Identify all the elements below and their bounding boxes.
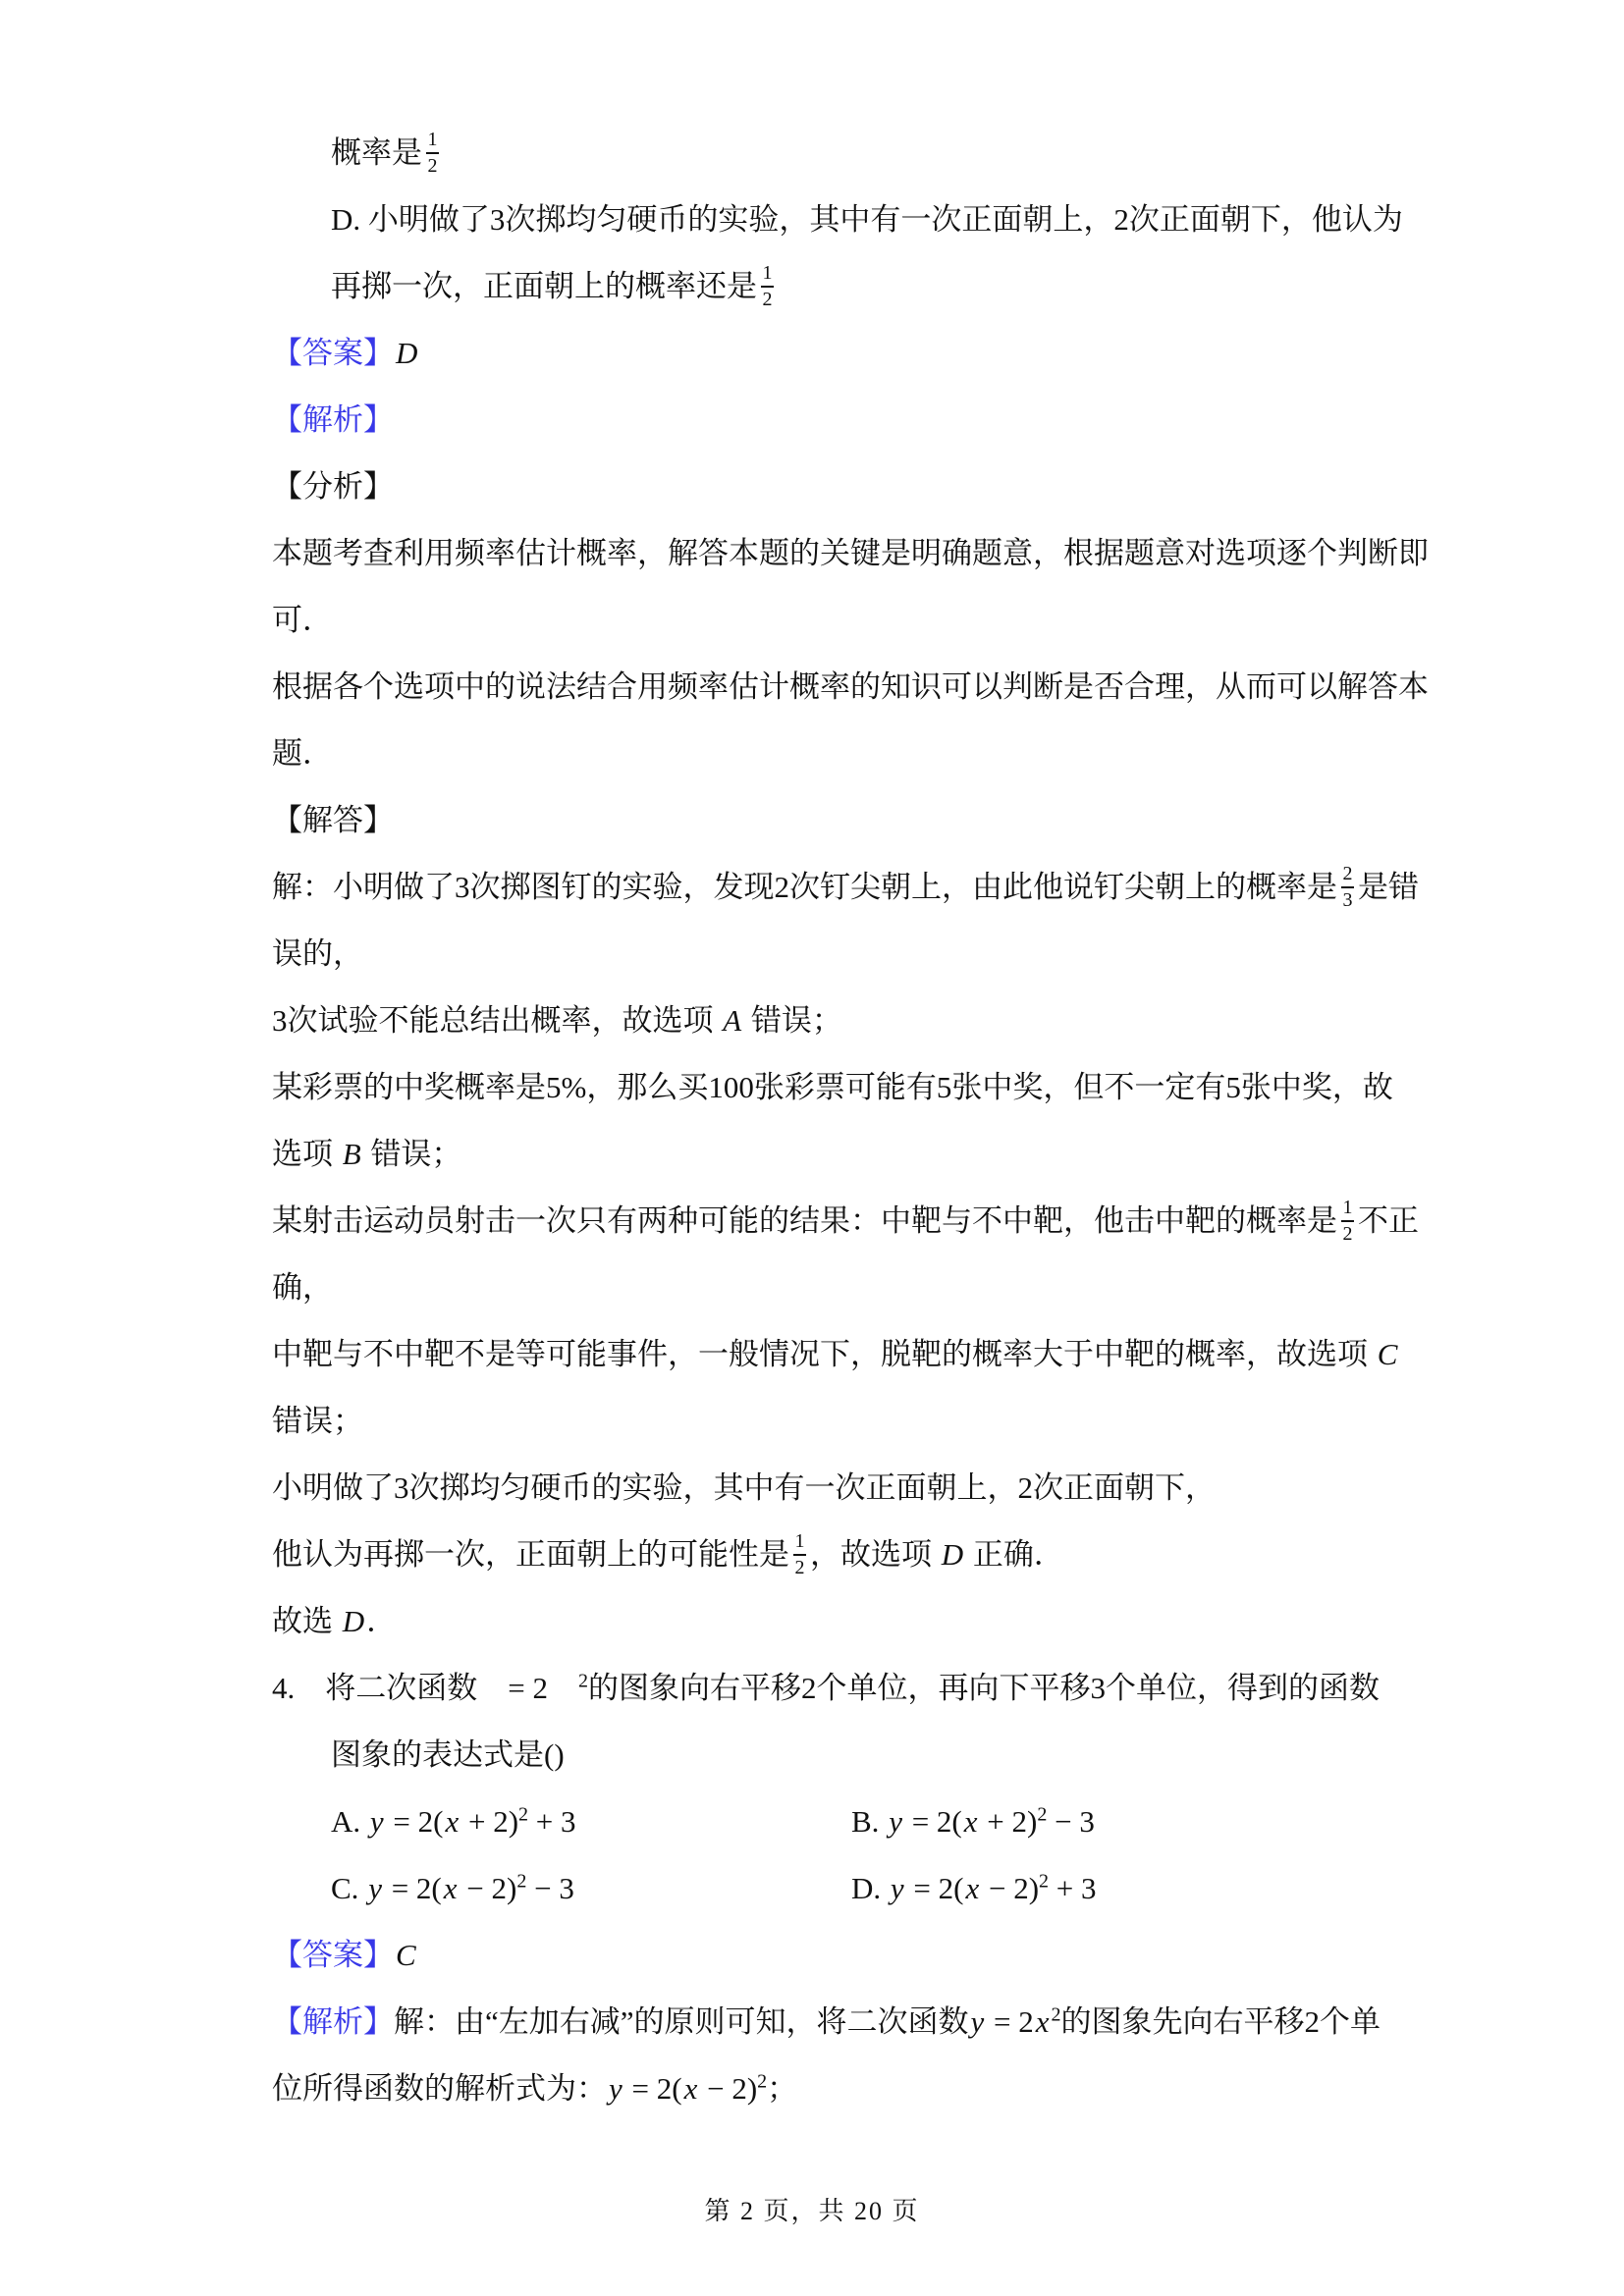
text-run: = 2(	[386, 1804, 444, 1839]
math-letter: D	[394, 336, 419, 370]
analysis-line-2: 可．	[0, 587, 1624, 654]
text-run: 某射击运动员射击一次只有两种可能的结果：中靶与不中靶，他击中靶的概率是	[272, 1203, 1337, 1238]
fraction-bar	[1341, 886, 1354, 888]
fraction-numerator: 1	[763, 263, 773, 284]
bracket-label: 【分析】	[272, 469, 394, 504]
superscript: 2	[1052, 2004, 1061, 2026]
text-run: = 2(	[906, 1871, 964, 1905]
text-run: = 2	[986, 2004, 1033, 2039]
option-c-continuation: 概率是12	[0, 120, 1624, 187]
solution-line-1: 解：小明做了3次掷图钉的实验，发现2次钉尖朝上，由此他说钉尖朝上的概率是23是错	[0, 854, 1624, 921]
fraction-denominator: 2	[1343, 1224, 1353, 1245]
solution-conclusion: 故选 D．	[0, 1588, 1624, 1655]
bracket-label-blue: 【解析】	[272, 402, 394, 437]
option-left: A. y = 2(x + 2)2 + 3	[331, 1789, 851, 1855]
math-letter: x	[963, 1871, 981, 1905]
solution-line-5: 选项 B 错误；	[0, 1121, 1624, 1188]
bracket-label-blue: 【答案】	[272, 1938, 394, 1972]
fraction-bar	[793, 1554, 806, 1556]
fraction-numerator: 1	[428, 130, 438, 150]
options-row-ab: A. y = 2(x + 2)2 + 3B. y = 2(x + 2)2 − 3	[0, 1789, 1624, 1855]
text-run: 故选	[272, 1604, 341, 1638]
analysis-line-1: 本题考查利用频率估计概率，解答本题的关键是明确题意，根据题意对选项逐个判断即	[0, 520, 1624, 587]
superscript: 2	[1037, 1804, 1047, 1826]
fraction-numerator: 1	[795, 1531, 805, 1552]
fraction-bar	[761, 286, 774, 288]
text-run: 错误；	[272, 1404, 363, 1438]
bracket-label-blue: 【答案】	[272, 336, 394, 370]
fenxi-heading: 【分析】	[0, 454, 1624, 520]
option-d-line-1: D. 小明做了3次掷均匀硬币的实验，其中有一次正面朝上，2次正面朝下，他认为	[0, 187, 1624, 253]
solution-line-7: 确，	[0, 1255, 1624, 1321]
solution-line-3: 3次试验不能总结出概率，故选项 A 错误；	[0, 988, 1624, 1054]
options-row-cd: C. y = 2(x − 2)2 − 3D. y = 2(x − 2)2 + 3	[0, 1855, 1624, 1922]
text-run: 错误；	[743, 1003, 842, 1038]
text-run: = 2(	[904, 1804, 962, 1839]
analysis-line-4: 题．	[0, 721, 1624, 787]
text-run: − 3	[1047, 1804, 1094, 1839]
bracket-label-blue: 【解析】	[272, 2004, 394, 2039]
solution-line-2: 误的，	[0, 921, 1624, 988]
math-letter: C	[394, 1938, 418, 1972]
text-run: 4. 将二次函数 = 2	[272, 1671, 578, 1705]
superscript: 2	[516, 1871, 526, 1893]
fraction-denominator: 2	[763, 290, 773, 310]
fraction: 12	[761, 263, 774, 310]
math-letter: x	[962, 1804, 980, 1839]
superscript: 2	[518, 1804, 528, 1826]
text-run: D. 小明做了3次掷均匀硬币的实验，其中有一次正面朝上，2次正面朝下，他认为	[331, 202, 1403, 237]
document-content: 概率是12D. 小明做了3次掷均匀硬币的实验，其中有一次正面朝上，2次正面朝下，…	[0, 120, 1624, 2122]
math-letter: C	[1376, 1337, 1400, 1371]
answer-line-q4: 【答案】C	[0, 1922, 1624, 1989]
solution-line-6: 某射击运动员射击一次只有两种可能的结果：中靶与不中靶，他击中靶的概率是12不正	[0, 1188, 1624, 1255]
fraction: 23	[1341, 864, 1354, 911]
text-run: 概率是	[331, 135, 422, 170]
text-run: 的图象向右平移2个单位，再向下平移3个单位，得到的函数	[588, 1671, 1380, 1705]
text-run: 某彩票的中奖概率是5%，那么买100张彩票可能有5张中奖，但不一定有5张中奖，故	[272, 1070, 1393, 1104]
q4-analysis-line-2: 位所得函数的解析式为：y = 2(x − 2)2；	[0, 2056, 1624, 2122]
text-run: 可．	[272, 603, 333, 637]
q4-analysis-line-1: 【解析】解：由“左加右减”的原则可知，将二次函数y = 2x2的图象先向右平移2…	[0, 1989, 1624, 2056]
fraction-numerator: 2	[1343, 864, 1353, 884]
option-right: D. y = 2(x − 2)2 + 3	[851, 1855, 1097, 1922]
text-run: 本题考查利用频率估计概率，解答本题的关键是明确题意，根据题意对选项逐个判断即	[272, 536, 1429, 570]
math-letter: y	[969, 2004, 987, 2039]
document-page: 概率是12D. 小明做了3次掷均匀硬币的实验，其中有一次正面朝上，2次正面朝下，…	[0, 0, 1624, 2296]
text-run: 题．	[272, 736, 333, 771]
text-run: + 2)	[980, 1804, 1038, 1839]
fraction-denominator: 3	[1343, 890, 1353, 911]
page-footer: 第 2 页，共 20 页	[0, 2191, 1624, 2227]
text-run: 正确．	[965, 1537, 1064, 1572]
math-letter: B	[341, 1137, 363, 1171]
text-run: − 2)	[699, 2071, 757, 2106]
text-run: 3次试验不能总结出概率，故选项	[272, 1003, 721, 1038]
text-run: 他认为再掷一次，正面朝上的可能性是	[272, 1537, 789, 1572]
text-run: 根据各个选项中的说法结合用频率估计概率的知识可以判断是否合理，从而可以解答本	[272, 669, 1429, 704]
text-run: = 2(	[624, 2071, 682, 2106]
text-run: 图象的表达式是()	[331, 1737, 565, 1772]
fraction: 12	[793, 1531, 806, 1578]
text-run: D.	[851, 1871, 889, 1905]
math-letter: x	[443, 1804, 460, 1839]
solution-line-10: 小明做了3次掷均匀硬币的实验，其中有一次正面朝上，2次正面朝下，	[0, 1455, 1624, 1522]
option-right: B. y = 2(x + 2)2 − 3	[851, 1789, 1095, 1855]
option-left: C. y = 2(x − 2)2 − 3	[331, 1855, 851, 1922]
text-run: + 3	[528, 1804, 575, 1839]
superscript: 2	[578, 1671, 588, 1692]
jiexi-heading: 【解析】	[0, 387, 1624, 454]
question-4-line-2: 图象的表达式是()	[0, 1722, 1624, 1789]
text-run: − 2)	[460, 1871, 517, 1905]
math-letter: y	[368, 1804, 386, 1839]
solution-line-9: 错误；	[0, 1388, 1624, 1455]
text-run: ，故选项	[810, 1537, 940, 1572]
jieda-heading: 【解答】	[0, 787, 1624, 854]
math-letter: y	[889, 1871, 906, 1905]
text-run: = 2(	[384, 1871, 442, 1905]
text-run: 不正	[1358, 1203, 1419, 1238]
text-run: A.	[331, 1804, 368, 1839]
text-run: C.	[331, 1871, 366, 1905]
text-run: + 3	[1049, 1871, 1096, 1905]
text-run: 错误；	[363, 1137, 462, 1171]
text-run: 解：小明做了3次掷图钉的实验，发现2次钉尖朝上，由此他说钉尖朝上的概率是	[272, 870, 1337, 904]
text-run: 确，	[272, 1270, 333, 1305]
math-letter: x	[682, 2071, 700, 2106]
math-letter: y	[887, 1804, 904, 1839]
math-letter: D	[940, 1537, 965, 1572]
solution-line-8: 中靶与不中靶不是等可能事件，一般情况下，脱靶的概率大于中靶的概率，故选项 C	[0, 1321, 1624, 1388]
text-run: + 2)	[460, 1804, 518, 1839]
text-run: 的图象先向右平移2个单	[1061, 2004, 1381, 2039]
fraction-denominator: 2	[428, 156, 438, 177]
option-d-line-2: 再掷一次，正面朝上的概率还是12	[0, 253, 1624, 320]
text-run: 小明做了3次掷均匀硬币的实验，其中有一次正面朝上，2次正面朝下，	[272, 1470, 1216, 1505]
math-letter: D	[341, 1604, 366, 1638]
fraction: 12	[426, 130, 439, 177]
text-run: 误的，	[272, 936, 363, 971]
text-run: 选项	[272, 1137, 341, 1171]
text-run: 中靶与不中靶不是等可能事件，一般情况下，脱靶的概率大于中靶的概率，故选项	[272, 1337, 1376, 1371]
solution-line-4: 某彩票的中奖概率是5%，那么买100张彩票可能有5张中奖，但不一定有5张中奖，故	[0, 1054, 1624, 1121]
math-letter: y	[366, 1871, 384, 1905]
fraction-denominator: 2	[795, 1558, 805, 1578]
text-run: 是错	[1358, 870, 1419, 904]
text-run: − 3	[526, 1871, 573, 1905]
text-run: ．	[366, 1604, 397, 1638]
answer-line-q3: 【答案】D	[0, 320, 1624, 387]
fraction-numerator: 1	[1343, 1198, 1353, 1218]
text-run: 位所得函数的解析式为：	[272, 2071, 607, 2106]
math-letter: A	[721, 1003, 743, 1038]
solution-line-11: 他认为再掷一次，正面朝上的可能性是12，故选项 D 正确．	[0, 1522, 1624, 1588]
text-run: ；	[767, 2071, 797, 2106]
fraction: 12	[1341, 1198, 1354, 1245]
fraction-bar	[426, 152, 439, 154]
text-run: 再掷一次，正面朝上的概率还是	[331, 269, 757, 303]
fraction-bar	[1341, 1220, 1354, 1222]
text-run: 解：由“左加右减”的原则可知，将二次函数	[394, 2004, 969, 2039]
superscript: 2	[1039, 1871, 1049, 1893]
text-run: − 2)	[981, 1871, 1039, 1905]
analysis-line-3: 根据各个选项中的说法结合用频率估计概率的知识可以判断是否合理，从而可以解答本	[0, 654, 1624, 721]
text-run: B.	[851, 1804, 887, 1839]
superscript: 2	[757, 2071, 767, 2093]
math-letter: x	[1034, 2004, 1052, 2039]
question-4-line-1: 4. 将二次函数 = 2 2的图象向右平移2个单位，再向下平移3个单位，得到的函…	[0, 1655, 1624, 1722]
math-letter: x	[442, 1871, 460, 1905]
bracket-label: 【解答】	[272, 803, 394, 837]
math-letter: y	[607, 2071, 624, 2106]
